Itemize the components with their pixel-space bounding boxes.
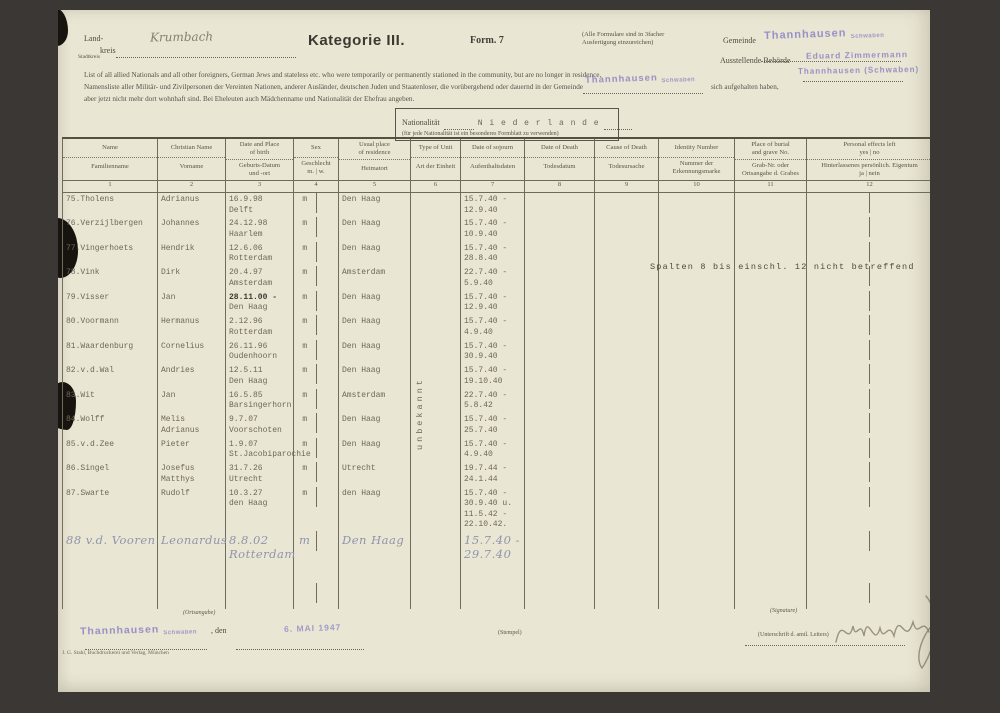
table-cell: 12.6.06 Rotterdam [226, 242, 294, 267]
table-cell: Amsterdam [339, 266, 411, 291]
table-cell [595, 413, 659, 438]
table-cell: m [294, 340, 339, 365]
table-cell [226, 583, 294, 609]
table-cell [595, 462, 659, 487]
intro-en: List of all allied Nationals and all oth… [84, 70, 914, 82]
signature-sub-label: (Unterschrift d. amtl. Leiters) [758, 632, 829, 638]
scan-artifact [58, 10, 68, 46]
table-cell: 15.7.40 - 30.9.40 u. 11.5.42 - 22.10.42. [461, 487, 525, 531]
table-cell: 80.Voormann [63, 315, 158, 340]
intro-de-line: Namensliste aller Militär- und Zivilpers… [84, 82, 914, 94]
table-cell [659, 217, 735, 242]
table-cell [595, 340, 659, 365]
table-cell: m [294, 266, 339, 291]
table-cell: Johannes [158, 217, 226, 242]
table-cell [411, 487, 461, 531]
table-cell [461, 583, 525, 609]
table-cell [595, 438, 659, 463]
table-cell: 28.11.00 - Den Haag [226, 291, 294, 316]
scan-background: Land- kreis Stadtkreis Krumbach Kategori… [0, 0, 1000, 713]
nationality-label: Nationalität [402, 118, 440, 127]
table-cell [735, 315, 807, 340]
table-cell [525, 389, 595, 414]
table-cell: 77.Vingerhoets [63, 242, 158, 267]
unit-column-note: unbekannt [415, 310, 425, 450]
table-cell [659, 531, 735, 583]
printer-imprint: J. G. Stahl, Buchdruckerei und Verlag, M… [62, 650, 169, 656]
table-cell [595, 217, 659, 242]
table-cell [735, 583, 807, 609]
table-cell: 83.Wit [63, 389, 158, 414]
table-cell [411, 266, 461, 291]
table-cell: Leonardus [158, 531, 226, 583]
table-cell [659, 462, 735, 487]
table-cell: Cornelius [158, 340, 226, 365]
table-cell: den Haag [339, 487, 411, 531]
table-cell: m [294, 291, 339, 316]
table-cell: m [294, 462, 339, 487]
ortsangabe-label: (Ortsangabe) [183, 610, 215, 616]
table-cell [525, 242, 595, 267]
table-cell [158, 583, 226, 609]
gemeinde-stamp: Thannhausen Schwaben [764, 26, 885, 42]
table-row-handwritten: 88 v.d. VoorenLeonardus8.8.02 Rotterdamm… [63, 531, 931, 583]
table-cell: 22.7.40 - 5.8.42 [461, 389, 525, 414]
table-cell [411, 242, 461, 267]
table-cell [595, 315, 659, 340]
table-cell [411, 193, 461, 218]
table-row: 86.SingelJosefus Matthys31.7.26 Utrechtm… [63, 462, 931, 487]
table-cell: Den Haag [339, 242, 411, 267]
form-title: Kategorie III. [308, 32, 405, 49]
table-cell: Den Haag [339, 364, 411, 389]
behoerde-label: Ausstellende Behörde [720, 56, 790, 65]
table-cell [659, 315, 735, 340]
table-cell [595, 266, 659, 291]
table-cell [411, 583, 461, 609]
table-cell: 78.Vink [63, 266, 158, 291]
table-cell [595, 291, 659, 316]
table-cell: Den Haag [339, 531, 411, 583]
table-cell: 84.Wolff [63, 413, 158, 438]
table-cell [595, 487, 659, 531]
table-cell: 82.v.d.Wal [63, 364, 158, 389]
table-row: 81.WaardenburgCornelius26.11.96 Oudenhoo… [63, 340, 931, 365]
table-cell: 15.7.40 - 10.9.40 [461, 217, 525, 242]
table-cell: 2.12.96 Rotterdam [226, 315, 294, 340]
table-cell [735, 413, 807, 438]
table-cell [735, 340, 807, 365]
table-cell [525, 487, 595, 531]
column-number-row: 12 34 56 78 910 1112 [63, 181, 931, 193]
table-cell: 15.7.40 - 4.9.40 [461, 438, 525, 463]
table-cell [525, 193, 595, 218]
table-cell: m [294, 364, 339, 389]
kreis-label: kreis [100, 46, 116, 55]
table-cell: Den Haag [339, 438, 411, 463]
table-cell: Den Haag [339, 217, 411, 242]
table-cell: 31.7.26 Utrecht [226, 462, 294, 487]
intro-de-1: Namensliste aller Militär- und Zivilpers… [84, 82, 583, 94]
table-cell: Den Haag [339, 413, 411, 438]
table-cell: 16.5.85 Barsingerhorn [226, 389, 294, 414]
date-stamp: 6. MAI 1947 [284, 622, 342, 634]
table-row: 75.TholensAdrianus16.9.98 DelftmDen Haag… [63, 193, 931, 218]
table-cell [659, 438, 735, 463]
stadtkreis-label: Stadtkreis [78, 53, 100, 61]
table-cell [807, 531, 931, 583]
table-cell: 22.7.40 - 5.9.40 [461, 266, 525, 291]
table-cell [807, 462, 931, 487]
table-cell: Den Haag [339, 315, 411, 340]
table-cell: 20.4.97 Amsterdam [226, 266, 294, 291]
stempel-label: (Stempel) [498, 630, 522, 636]
table-cell: 85.v.d.Zee [63, 438, 158, 463]
table-row: 87.SwarteRudolf10.3.27 den Haagmden Haag… [63, 487, 931, 531]
table-cell: 86.Singel [63, 462, 158, 487]
table-cell [294, 583, 339, 609]
table-cell: 15.7.40 - 29.7.40 [461, 531, 525, 583]
table-row: 82.v.d.WalAndries12.5.11 Den HaagmDen Ha… [63, 364, 931, 389]
table-cell: 87.Swarte [63, 487, 158, 531]
table-cell [525, 364, 595, 389]
table-cell: 24.12.98 Haarlem [226, 217, 294, 242]
table-row-empty [63, 583, 931, 609]
table-cell: 19.7.44 - 24.1.44 [461, 462, 525, 487]
table-cell: m [294, 315, 339, 340]
table-cell [807, 340, 931, 365]
table-cell [659, 364, 735, 389]
gemeinde-label: Gemeinde [723, 36, 756, 45]
table-cell [735, 193, 807, 218]
table-cell [63, 583, 158, 609]
spalten-note: Spalten 8 bis einschl. 12 nicht betreffe… [650, 262, 915, 272]
table-cell [735, 531, 807, 583]
table-cell: m [294, 389, 339, 414]
table-cell [807, 291, 931, 316]
table-cell [735, 487, 807, 531]
table-cell [525, 583, 595, 609]
table-cell: 79.Visser [63, 291, 158, 316]
main-table: NameFamilienname Christian NameVorname D… [62, 137, 930, 609]
copies-note: (Alle Formulare sind in 3facher Ausferti… [582, 31, 702, 47]
table-cell [595, 389, 659, 414]
table-cell: 9.7.07 Voorschoten [226, 413, 294, 438]
table-cell [339, 583, 411, 609]
scanned-form: Land- kreis Stadtkreis Krumbach Kategori… [58, 10, 930, 692]
handwritten-signature [830, 590, 930, 675]
table-cell [659, 389, 735, 414]
table-cell: Josefus Matthys [158, 462, 226, 487]
table-cell [525, 291, 595, 316]
table-cell: Jan [158, 389, 226, 414]
den-label: , den [211, 626, 227, 635]
table-cell: 10.3.27 den Haag [226, 487, 294, 531]
table-cell: 15.7.40 - 4.9.40 [461, 315, 525, 340]
table-cell [525, 340, 595, 365]
table-cell [735, 364, 807, 389]
signature-label: (Signature) [770, 608, 797, 614]
table-cell [595, 193, 659, 218]
table-cell: 26.11.96 Oudenhoorn [226, 340, 294, 365]
table-cell: m [294, 413, 339, 438]
table-cell [807, 193, 931, 218]
table-row: 83.WitJan16.5.85 BarsingerhornmAmsterdam… [63, 389, 931, 414]
table-cell: 15.7.40 - 30.9.40 [461, 340, 525, 365]
table-cell: Pieter [158, 438, 226, 463]
table-cell: 81.Waardenburg [63, 340, 158, 365]
table-cell: m [294, 193, 339, 218]
table-cell: Andries [158, 364, 226, 389]
table-cell: 12.5.11 Den Haag [226, 364, 294, 389]
intro-de-2: sich aufgehalten haben, [711, 82, 779, 94]
table-body: 75.TholensAdrianus16.9.98 DelftmDen Haag… [63, 193, 931, 609]
table-cell [595, 364, 659, 389]
table-cell [807, 217, 931, 242]
table-cell: Amsterdam [339, 389, 411, 414]
table-cell [595, 531, 659, 583]
table-cell [525, 315, 595, 340]
table-cell [735, 389, 807, 414]
table-cell: m [294, 531, 339, 583]
table-cell [735, 462, 807, 487]
table-cell [735, 217, 807, 242]
table-cell [807, 413, 931, 438]
place-stamp: Thannhausen Schwaben [80, 622, 197, 637]
form-number: Form. 7 [470, 35, 504, 46]
table-cell: Dirk [158, 266, 226, 291]
table-cell [659, 583, 735, 609]
table-cell [807, 389, 931, 414]
table-cell: Jan [158, 291, 226, 316]
table-cell [525, 438, 595, 463]
table-cell: Den Haag [339, 291, 411, 316]
table-cell: 8.8.02 Rotterdam [226, 531, 294, 583]
table-cell [525, 413, 595, 438]
table-cell: Utrecht [339, 462, 411, 487]
table-cell [411, 462, 461, 487]
table-row: 80.VoormannHermanus2.12.96 RotterdammDen… [63, 315, 931, 340]
table-row: 76.VerzijlbergenJohannes24.12.98 Haarlem… [63, 217, 931, 242]
table-row: 84.WolffMelis Adrianus9.7.07 Voorschoten… [63, 413, 931, 438]
table-cell: Hendrik [158, 242, 226, 267]
table-cell [659, 413, 735, 438]
table-cell [735, 291, 807, 316]
table-row: 85.v.d.ZeePieter1.9.07 St.Jacobiparochie… [63, 438, 931, 463]
table-cell [659, 340, 735, 365]
main-table-wrap: NameFamilienname Christian NameVorname D… [62, 137, 930, 609]
table-cell: m [294, 242, 339, 267]
table-cell: 16.9.98 Delft [226, 193, 294, 218]
table-cell: Adrianus [158, 193, 226, 218]
table-cell: 1.9.07 St.Jacobiparochie [226, 438, 294, 463]
table-cell [807, 364, 931, 389]
table-cell [735, 438, 807, 463]
table-cell [807, 487, 931, 531]
table-cell [807, 438, 931, 463]
table-header-row: NameFamilienname Christian NameVorname D… [63, 138, 931, 181]
table-cell: Hermanus [158, 315, 226, 340]
table-cell [595, 583, 659, 609]
table-cell [807, 315, 931, 340]
table-cell: 15.7.40 - 12.9.40 [461, 291, 525, 316]
table-cell: 15.7.40 - 12.9.40 [461, 193, 525, 218]
table-cell [411, 531, 461, 583]
table-cell: m [294, 487, 339, 531]
table-cell: Den Haag [339, 193, 411, 218]
behoerde-stamp-line1: Eduard Zimmermann [806, 49, 908, 61]
table-cell [411, 217, 461, 242]
table-cell: 76.Verzijlbergen [63, 217, 158, 242]
table-cell [525, 462, 595, 487]
table-cell [659, 193, 735, 218]
table-cell [659, 487, 735, 531]
table-cell: 75.Tholens [63, 193, 158, 218]
table-cell: Den Haag [339, 340, 411, 365]
table-cell [595, 242, 659, 267]
table-cell [525, 531, 595, 583]
kreis-handwritten-value: Krumbach [150, 29, 213, 44]
table-cell [525, 217, 595, 242]
table-cell: 88 v.d. Vooren [63, 531, 158, 583]
table-cell: 15.7.40 - 19.10.40 [461, 364, 525, 389]
nationality-value: N i e d e r l a n d e [478, 119, 600, 128]
table-cell [659, 291, 735, 316]
table-cell: 15.7.40 - 28.8.40 [461, 242, 525, 267]
table-cell: 15.7.40 - 25.7.40 [461, 413, 525, 438]
table-cell: Melis Adrianus [158, 413, 226, 438]
table-cell: m [294, 217, 339, 242]
table-row: 79.VisserJan28.11.00 - Den HaagmDen Haag… [63, 291, 931, 316]
intro-de-3: aber jetzt nicht mehr dort wohnhaft sind… [84, 94, 914, 106]
table-cell: Rudolf [158, 487, 226, 531]
table-cell [525, 266, 595, 291]
